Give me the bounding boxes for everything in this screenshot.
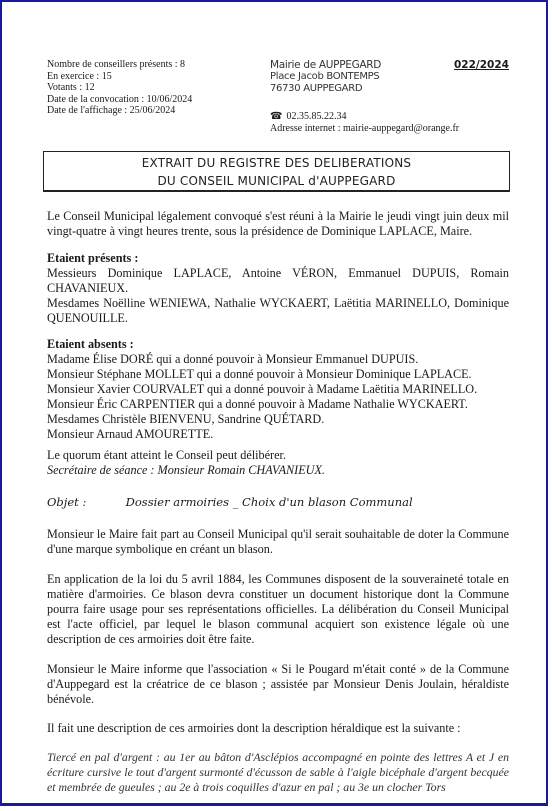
objet-label: Objet :	[47, 495, 122, 509]
stat-votants: Votants : 12	[47, 82, 192, 94]
presents-messieurs: Messieurs Dominique LAPLACE, Antoine VÉR…	[47, 266, 509, 296]
title-line-2: DU CONSEIL MUNICIPAL d'AUPPEGARD	[44, 172, 509, 190]
objet-line: Objet : Dossier armoiries _ Choix d'un b…	[47, 495, 413, 509]
telephone-icon: ☎	[270, 111, 284, 123]
document-title-box: EXTRAIT DU REGISTRE DES DELIBERATIONS DU…	[43, 151, 510, 192]
presents-heading: Etaient présents :	[47, 251, 509, 266]
presents-section: Etaient présents : Messieurs Dominique L…	[47, 251, 509, 326]
council-stats: Nombre de conseillers présents : 8 En ex…	[47, 59, 192, 117]
absent-line: Monsieur Stéphane MOLLET qui a donné pou…	[47, 367, 509, 382]
phone-number: 02.35.85.22.34	[287, 111, 347, 122]
document-page: Nombre de conseillers présents : 8 En ex…	[0, 0, 552, 811]
deliberation-number: 022/2024	[454, 59, 509, 71]
stat-en-exercice: En exercice : 15	[47, 71, 192, 83]
mairie-street: Place Jacob BONTEMPS	[270, 71, 381, 83]
paragraph-3: Monsieur le Maire informe que l'associat…	[47, 662, 509, 707]
absents-heading: Etaient absents :	[47, 337, 509, 352]
mairie-address: Mairie de AUPPEGARD Place Jacob BONTEMPS…	[270, 59, 381, 95]
paragraph-2: En application de la loi du 5 avril 1884…	[47, 572, 509, 647]
quorum-section: Le quorum étant atteint le Conseil peut …	[47, 448, 509, 478]
stat-date-convocation: Date de la convocation : 10/06/2024	[47, 94, 192, 106]
mairie-name: Mairie de AUPPEGARD	[270, 59, 381, 71]
absents-section: Etaient absents : Madame Élise DORÉ qui …	[47, 337, 509, 442]
stat-presents: Nombre de conseillers présents : 8	[47, 59, 192, 71]
stat-date-affichage: Date de l'affichage : 25/06/2024	[47, 105, 192, 117]
title-line-1: EXTRAIT DU REGISTRE DES DELIBERATIONS	[44, 154, 509, 172]
intro-paragraph: Le Conseil Municipal légalement convoqué…	[47, 209, 509, 239]
email-address: Adresse internet : mairie-auppegard@oran…	[270, 123, 459, 135]
paragraph-4: Il fait une description de ces armoiries…	[47, 721, 509, 736]
heraldic-description: Tiercé en pal d'argent : au 1er au bâton…	[47, 750, 509, 795]
paragraph-1: Monsieur le Maire fait part au Conseil M…	[47, 527, 509, 557]
mairie-city: 76730 AUPPEGARD	[270, 83, 381, 95]
absent-line: Monsieur Xavier COURVALET qui a donné po…	[47, 382, 509, 397]
quorum-text: Le quorum étant atteint le Conseil peut …	[47, 448, 509, 463]
secretaire-text: Secrétaire de séance : Monsieur Romain C…	[47, 463, 509, 478]
absent-line: Mesdames Christèle BIENVENU, Sandrine QU…	[47, 412, 509, 427]
objet-value: Dossier armoiries _ Choix d'un blason Co…	[126, 495, 413, 509]
presents-mesdames: Mesdames Noëlline WENIEWA, Nathalie WYCK…	[47, 296, 509, 326]
absent-line: Monsieur Éric CARPENTIER qui a donné pou…	[47, 397, 509, 412]
absent-line: Madame Élise DORÉ qui a donné pouvoir à …	[47, 352, 509, 367]
mairie-contact: ☎ 02.35.85.22.34 Adresse internet : mair…	[270, 111, 459, 135]
absent-line: Monsieur Arnaud AMOURETTE.	[47, 427, 509, 442]
